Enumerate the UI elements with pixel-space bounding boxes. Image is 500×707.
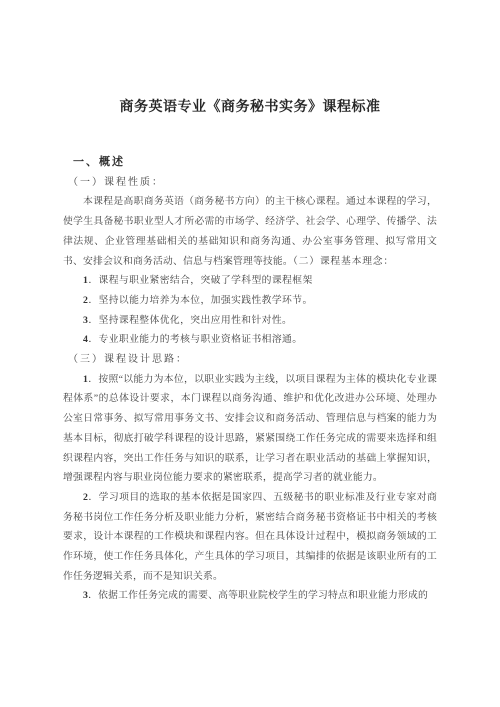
document-page: 商务英语专业《商务秘书实务》课程标准 一、概述 （一）课程性质： 本课程是高职商… xyxy=(63,0,437,606)
design-paragraph-3-text: ．依据工作任务完成的需要、高等职业院校学生的学习特点和职业能力形成的 xyxy=(88,590,428,601)
concept-item-4: 4．专业职业能力的考核与职业资格证书相溶通。 xyxy=(63,330,437,350)
design-paragraph-3: 3．依据工作任务完成的需要、高等职业院校学生的学习特点和职业能力形成的 xyxy=(63,586,437,606)
subsection-label-basic-concepts: （二）课程基本理念： xyxy=(293,256,394,267)
document-title: 商务英语专业《商务秘书实务》课程标准 xyxy=(63,96,437,119)
design-paragraph-2-text: ．学习项目的选取的基本依据是国家四、五级秘书的职业标准及行业专家对商务秘书岗位工… xyxy=(63,492,437,582)
paragraph-course-nature: 本课程是高职商务英语（商务秘书方向）的主干核心课程。通过本课程的学习，使学生具备… xyxy=(63,192,437,271)
subsection-label-course-nature: （一）课程性质： xyxy=(63,173,437,193)
concept-item-3-text: ．坚持课程整体优化，突出应用性和针对性。 xyxy=(88,315,292,326)
concept-item-2-text: ．坚持以能力培养为本位，加强实践性教学环节。 xyxy=(88,295,312,306)
section-heading-overview: 一、概述 xyxy=(63,153,437,173)
design-paragraph-1-text: ．按照“以能力为本位，以职业实践为主线，以项目课程为主体的模块化专业课程体系”的… xyxy=(63,374,437,484)
concept-item-1-text: ．课程与职业紧密结合，突破了学科型的课程框架 xyxy=(88,275,312,286)
concept-item-3: 3．坚持课程整体优化，突出应用性和针对性。 xyxy=(63,311,437,331)
concept-item-4-text: ．专业职业能力的考核与职业资格证书相溶通。 xyxy=(88,334,302,345)
subsection-label-design-ideas: （三）课程设计思路： xyxy=(63,350,437,370)
concept-item-2: 2．坚持以能力培养为本位，加强实践性教学环节。 xyxy=(63,291,437,311)
design-paragraph-1: 1．按照“以能力为本位，以职业实践为主线，以项目课程为主体的模块化专业课程体系”… xyxy=(63,370,437,488)
design-paragraph-2: 2．学习项目的选取的基本依据是国家四、五级秘书的职业标准及行业专家对商务秘书岗位… xyxy=(63,488,437,587)
concept-item-1: 1．课程与职业紧密结合，突破了学科型的课程框架 xyxy=(63,271,437,291)
